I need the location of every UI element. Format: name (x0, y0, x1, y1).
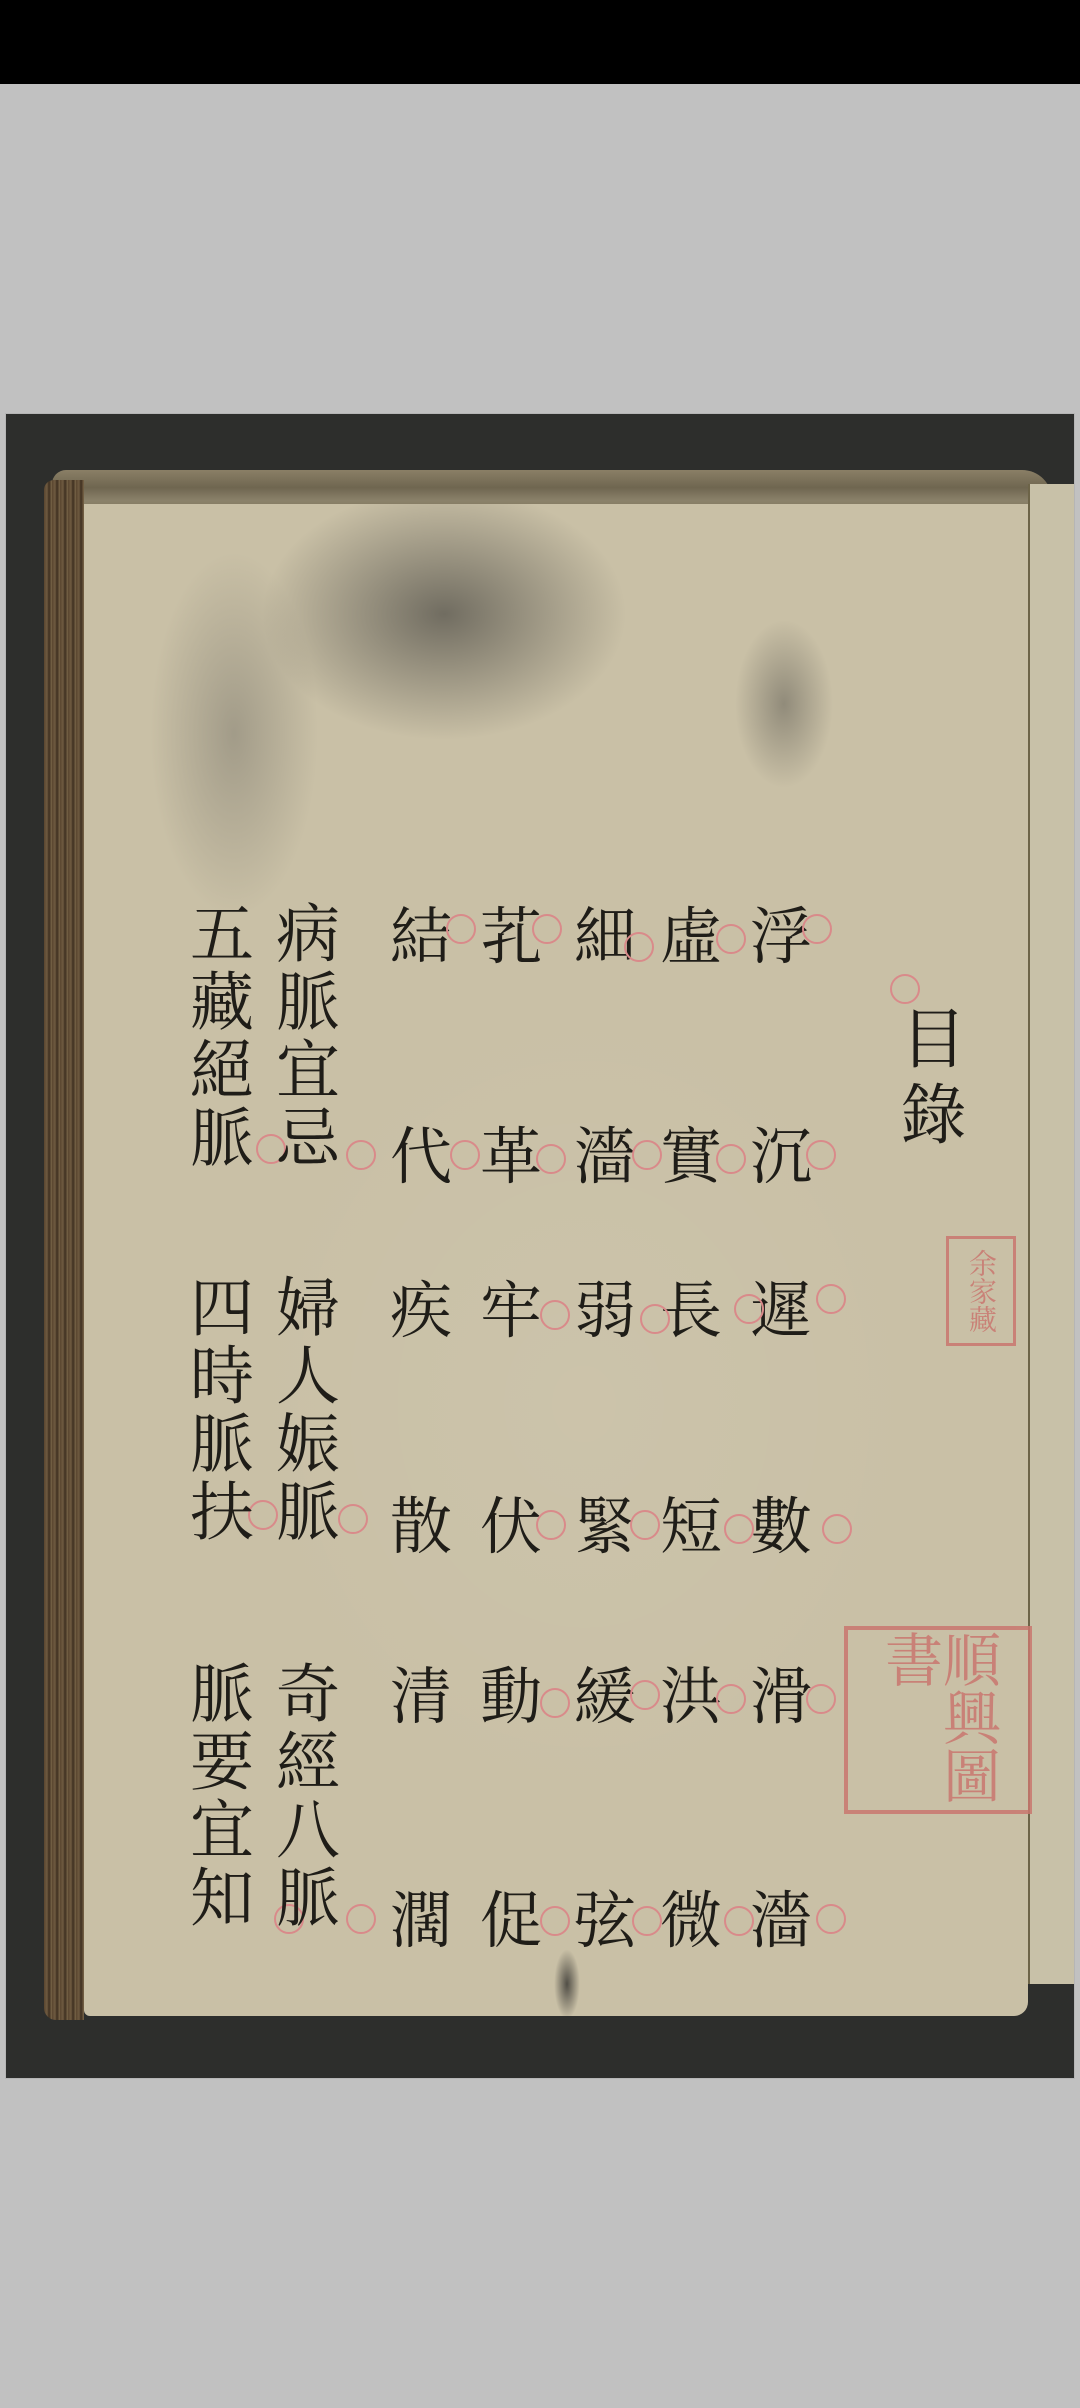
circle-marker (346, 1904, 376, 1934)
circle-marker (724, 1906, 754, 1936)
toc-item: 數 (744, 1490, 818, 1564)
circle-marker (446, 914, 476, 944)
circle-marker (630, 1680, 660, 1710)
circle-marker (806, 1140, 836, 1170)
toc-item: 促 (474, 1884, 548, 1958)
circle-marker (716, 1684, 746, 1714)
circle-marker (630, 1510, 660, 1540)
toc-item: 疾 (384, 1274, 458, 1348)
toc-item: 微 (654, 1884, 728, 1958)
collector-seal-lower: 順興圖書 (844, 1626, 1032, 1814)
circle-marker (716, 924, 746, 954)
circle-marker (816, 1904, 846, 1934)
circle-marker (450, 1140, 480, 1170)
circle-marker (724, 1514, 754, 1544)
circle-marker (540, 1300, 570, 1330)
toc-item: 清 (384, 1660, 458, 1734)
book-page: 目錄 浮 虛 細 芤 結 沉 實 濇 革 代 病脈宜忌 五藏絕 (84, 504, 1028, 2016)
book-page-stack (44, 480, 84, 2020)
circle-marker (640, 1304, 670, 1334)
circle-marker (540, 1906, 570, 1936)
circle-marker (816, 1284, 846, 1314)
toc-item: 脈要宜知 (184, 1660, 248, 1932)
toc-item: 病脈宜忌 (270, 900, 334, 1172)
circle-marker (338, 1504, 368, 1534)
toc-item: 濇 (744, 1884, 818, 1958)
toc-item: 婦人娠脈 (270, 1274, 334, 1546)
circle-marker (346, 1140, 376, 1170)
toc-item: 濶 (384, 1884, 458, 1958)
toc-item: 動 (474, 1660, 548, 1734)
circle-marker (624, 932, 654, 962)
circle-marker (734, 1294, 764, 1324)
page-heading: 目錄 (880, 1004, 975, 1156)
toc-item: 弱 (568, 1274, 642, 1348)
circle-marker (806, 1684, 836, 1714)
circle-marker (536, 1510, 566, 1540)
toc-item: 五藏絕脈 (184, 900, 248, 1172)
book-photo[interactable]: 目錄 浮 虛 細 芤 結 沉 實 濇 革 代 病脈宜忌 五藏絕 (6, 414, 1074, 2078)
toc-item: 濇 (568, 1120, 642, 1194)
adjacent-page-edge (1028, 484, 1074, 1984)
status-bar (0, 0, 1080, 84)
ink-smudge (554, 1949, 580, 2019)
toc-item: 短 (654, 1490, 728, 1564)
circle-marker (632, 1906, 662, 1936)
circle-marker (822, 1514, 852, 1544)
toc-item: 牢 (474, 1274, 548, 1348)
heading-circle-marker (890, 974, 920, 1004)
circle-marker (802, 914, 832, 944)
circle-marker (532, 914, 562, 944)
circle-marker (632, 1140, 662, 1170)
toc-item: 弦 (568, 1884, 642, 1958)
circle-marker (536, 1144, 566, 1174)
toc-item: 結 (384, 900, 458, 974)
toc-item: 散 (384, 1490, 458, 1564)
collector-seal-upper: 余家藏 (946, 1236, 1016, 1346)
circle-marker (540, 1688, 570, 1718)
toc-item: 奇經八脈 (270, 1660, 334, 1932)
toc-item: 四時脈扶 (184, 1274, 248, 1546)
circle-marker (716, 1144, 746, 1174)
toc-item: 代 (384, 1120, 458, 1194)
